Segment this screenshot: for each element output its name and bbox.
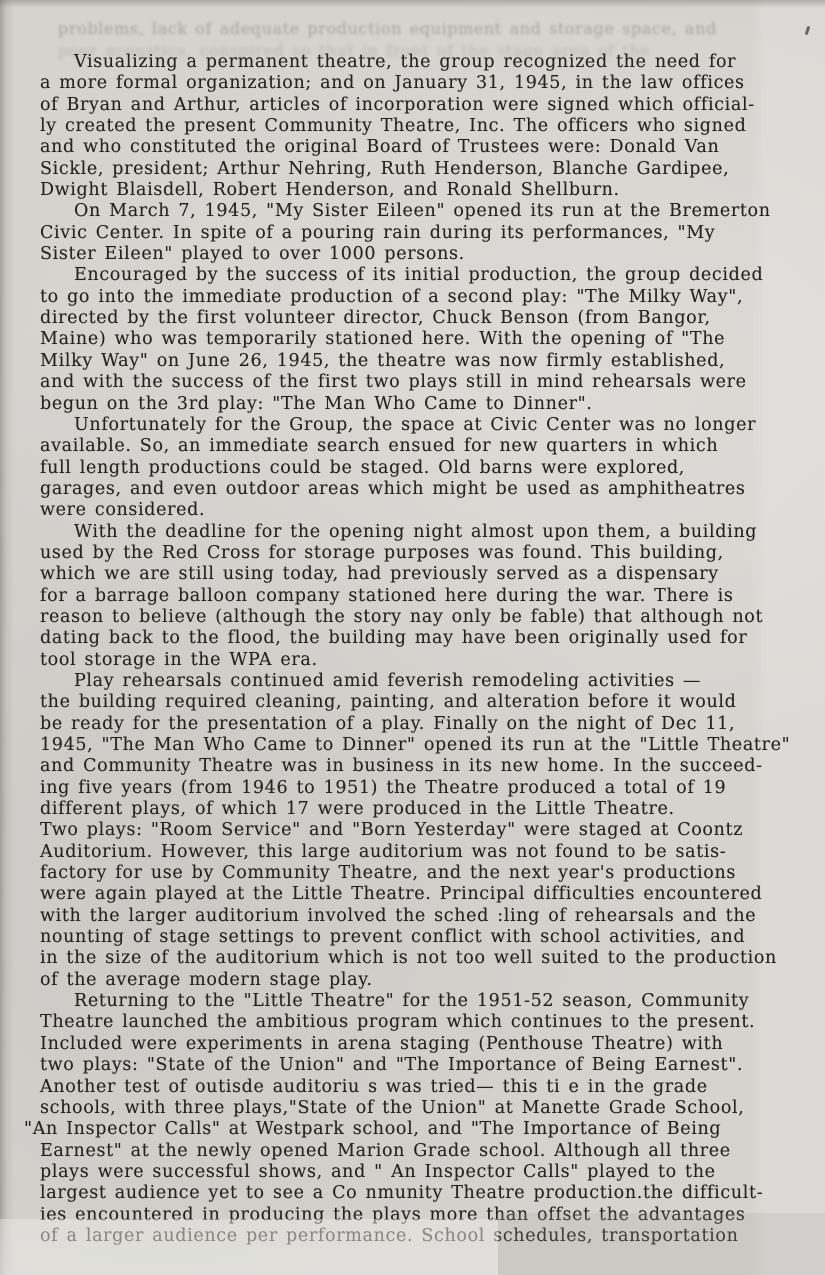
paragraph-1951-52-season: Returning to the "Little Theatre" for th…: [40, 991, 810, 1247]
bleed-through-line: problems, lack of adequate production eq…: [58, 18, 788, 40]
paragraph-incorporation: Visualizing a permanent theatre, the gro…: [40, 52, 810, 201]
scan-shade-bottom-right: [498, 1213, 825, 1275]
text-line: Earnest" at the newly opened Marion Grad…: [40, 1141, 810, 1162]
text-line: two plays: "State of the Union" and "The…: [40, 1055, 810, 1076]
text-line: "An Inspector Calls" at Westpark school,…: [24, 1119, 810, 1140]
text-line: Returning to the "Little Theatre" for th…: [40, 991, 810, 1012]
text-line: Another test of outisde auditoriu s was …: [40, 1077, 810, 1098]
paragraph-red-cross-building: With the deadline for the opening night …: [40, 522, 810, 671]
body-text: Visualizing a permanent theatre, the gro…: [40, 52, 810, 1247]
paragraph-search-for-quarters: Unfortunately for the Group, the space a…: [40, 415, 810, 522]
paragraph-my-sister-eileen: On March 7, 1945, "My Sister Eileen" ope…: [40, 201, 810, 265]
text-line: schools, with three plays,"State of the …: [40, 1098, 810, 1119]
text-line: largest audience yet to see a Co nmunity…: [40, 1183, 810, 1204]
paragraph-little-theatre-home: Play rehearsals continued amid feverish …: [40, 671, 810, 991]
text-line: Theatre launched the ambitious program w…: [40, 1012, 810, 1033]
paragraph-milky-way: Encouraged by the success of its initial…: [40, 265, 810, 414]
text-line: plays were successful shows, and " An In…: [40, 1162, 810, 1183]
scan-speck: [805, 26, 811, 35]
scanned-page: problems, lack of adequate production eq…: [0, 0, 825, 1275]
text-line: Included were experiments in arena stagi…: [40, 1034, 810, 1055]
scan-shade-bottom-left: [0, 1219, 498, 1275]
